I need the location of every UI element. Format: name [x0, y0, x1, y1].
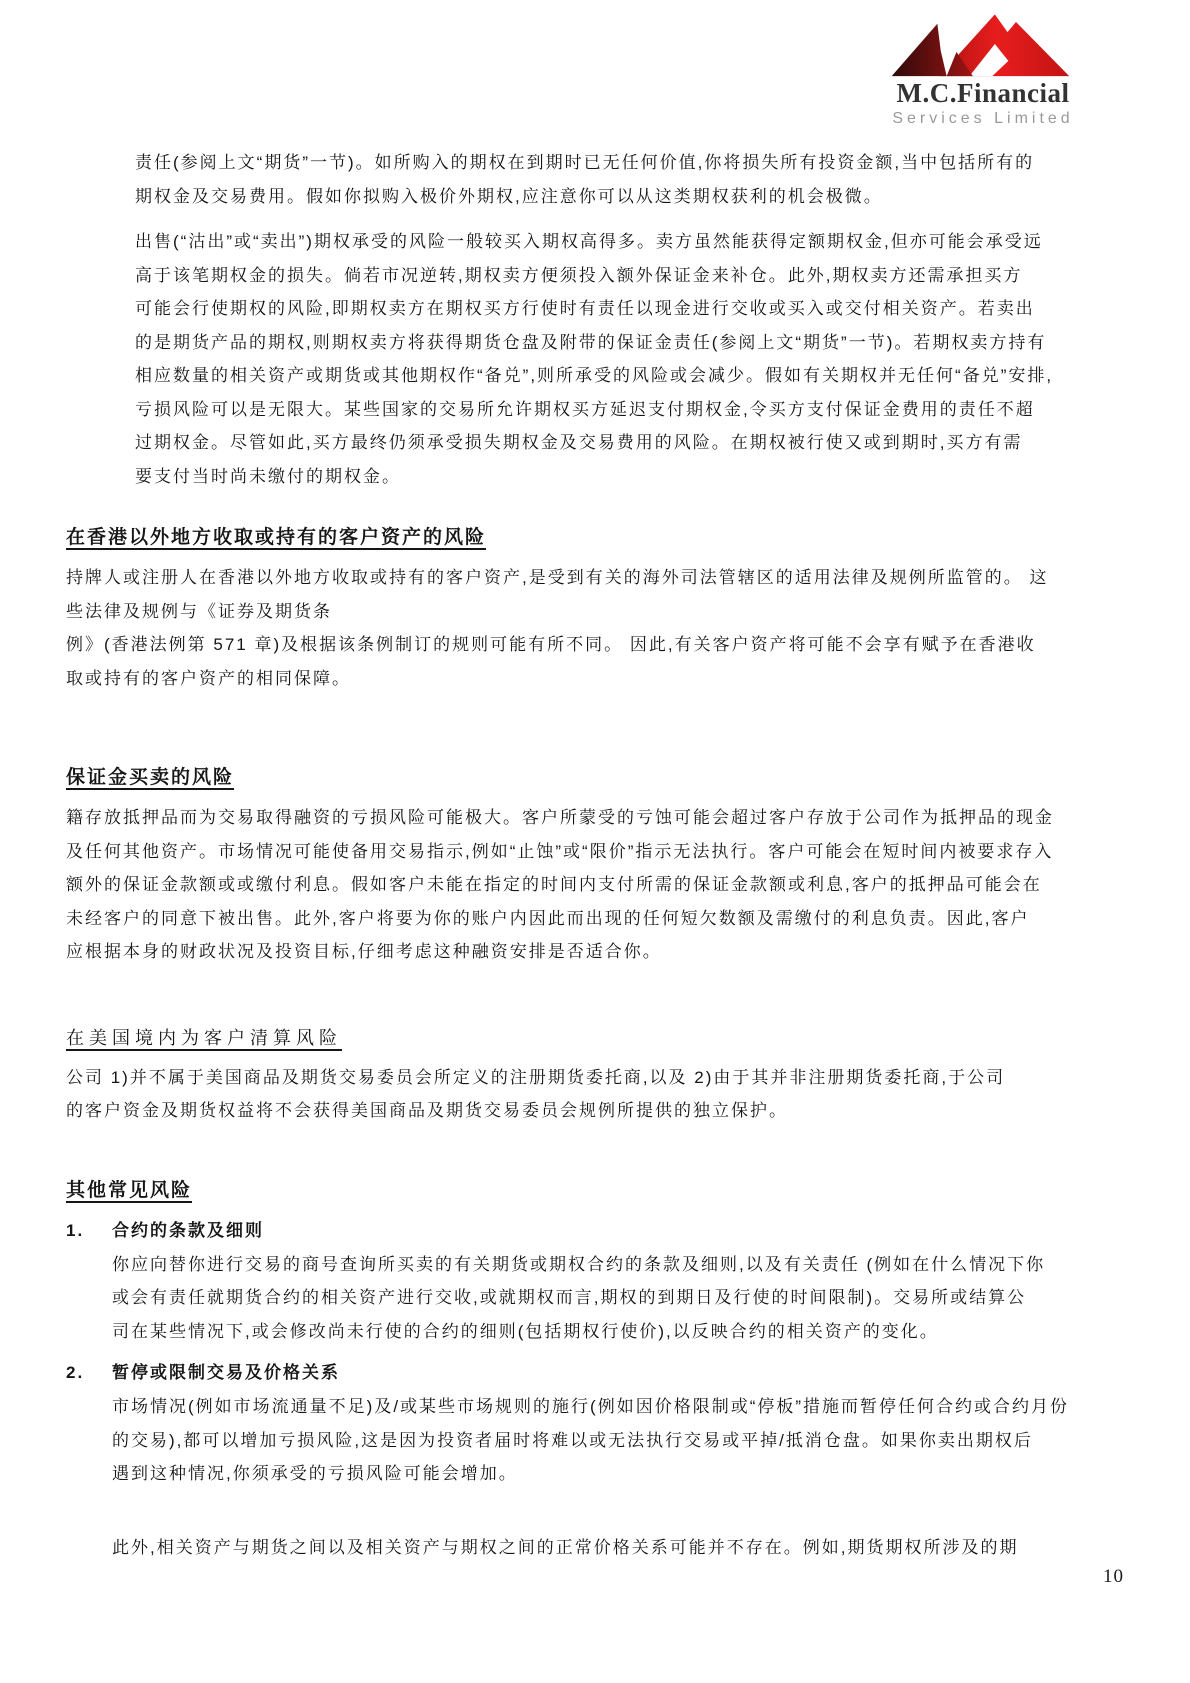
document-page: 责任(参阅上文“期货”一节)。如所购入的期权在到期时已无任何价值,你将损失所有投… — [0, 0, 1190, 1564]
section-paragraph-us-clearing: 公司 1)并不属于美国商品及期货交易委员会所定义的注册期货委托商,以及 2)由于… — [66, 1061, 1124, 1128]
page-number: 10 — [1103, 1566, 1124, 1588]
intro-paragraph-1: 责任(参阅上文“期货”一节)。如所购入的期权在到期时已无任何价值,你将损失所有投… — [66, 146, 1124, 213]
risk-item-2: 2. 暂停或限制交易及价格关系 市场情况(例如市场流通量不足)及/或某些市场规则… — [66, 1356, 1124, 1491]
risk-item-2-number: 2. — [66, 1356, 112, 1390]
intro-paragraph-2: 出售(“沽出”或“卖出”)期权承受的风险一般较买入期权高得多。卖方虽然能获得定额… — [66, 225, 1124, 493]
risk-item-2-body: 市场情况(例如市场流通量不足)及/或某些市场规则的施行(例如因价格限制或“停板”… — [66, 1390, 1124, 1491]
section-paragraph-client-assets-outside-hk: 持牌人或注册人在香港以外地方收取或持有的客户资产,是受到有关的海外司法管辖区的适… — [66, 561, 1124, 695]
risk-item-1-number: 1. — [66, 1214, 112, 1248]
section-heading-margin-trading: 保证金买卖的风险 — [66, 763, 1124, 793]
section-heading-client-assets-outside-hk: 在香港以外地方收取或持有的客户资产的风险 — [66, 523, 1124, 553]
risk-item-1: 1. 合约的条款及细则 你应向替你进行交易的商号查询所买卖的有关期货或期权合约的… — [66, 1214, 1124, 1349]
section-paragraph-margin-trading: 籍存放抵押品而为交易取得融资的亏损风险可能极大。客户所蒙受的亏蚀可能会超过客户存… — [66, 801, 1124, 969]
risk-item-2-title: 暂停或限制交易及价格关系 — [112, 1356, 340, 1390]
risk-item-1-body: 你应向替你进行交易的商号查询所买卖的有关期货或期权合约的条款及细则,以及有关责任… — [66, 1248, 1124, 1349]
section-heading-us-clearing: 在美国境内为客户清算风险 — [66, 1023, 1124, 1053]
closing-paragraph: 此外,相关资产与期货之间以及相关资产与期权之间的正常价格关系可能并不存在。例如,… — [66, 1531, 1124, 1565]
section-heading-other-common-risks: 其他常见风险 — [66, 1176, 1124, 1206]
risk-item-1-title: 合约的条款及细则 — [112, 1214, 264, 1248]
